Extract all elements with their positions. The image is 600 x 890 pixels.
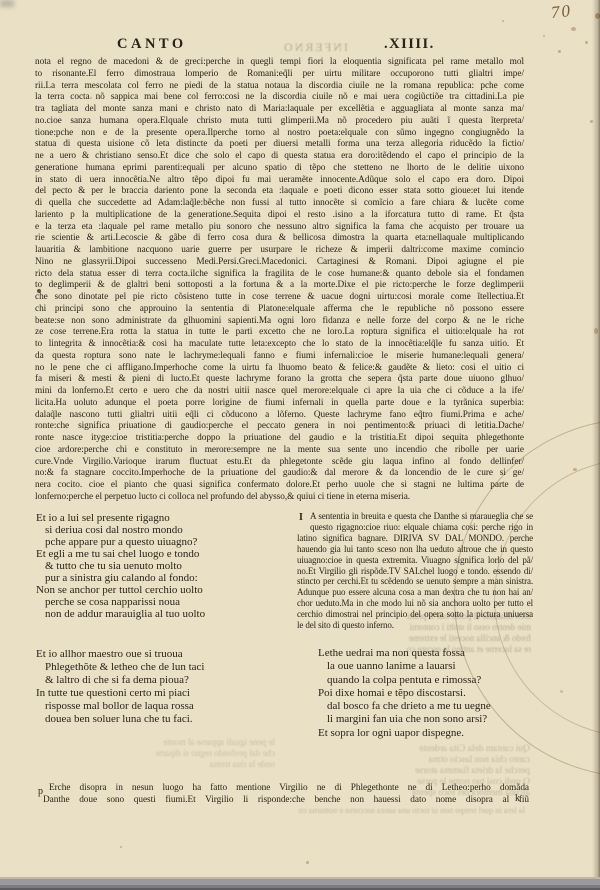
commentary-line: to risonante.El ferro dimostraua lomperi… <box>35 69 524 81</box>
commentary-line: rii.La terra mescolata col ferro ne pied… <box>35 81 524 93</box>
handwritten-folio-number: 70 <box>550 1 573 23</box>
running-title-number: .XIIII. <box>384 36 435 53</box>
commentary-line: chi principi sono che approuino la sente… <box>35 304 524 316</box>
verse-tercets-left-2: Et io allhor maestro oue si truouaPhlege… <box>36 648 294 726</box>
commentary-line: to lintegrita & innocẽtia:& cosi ha macu… <box>35 339 524 351</box>
verse-line: Et sopra lor ogni uapor dispegne. <box>318 727 533 740</box>
commentary-line: mini da lonferno.Et certo e uero che da … <box>35 386 524 398</box>
verse-line: Poi dixe homai e tẽpo discostarsi. <box>318 687 533 700</box>
commentary-line: tra tagliata del monte sanza mani e chri… <box>35 104 524 116</box>
commentary-line: ronte nasce ityge:cioe tristitia:perche … <box>35 433 524 445</box>
foxing-spot <box>502 20 504 22</box>
commentary-last-line: le del sito di questo inferno. <box>297 620 533 631</box>
verse-tercets-left-1: Et io a lui sel presente rigagnosi deriu… <box>36 512 294 620</box>
foxing-spot <box>543 35 545 37</box>
verse-line: risposse mal bollor de laqua rossa <box>36 700 294 713</box>
commentary-line: che sono dinotate pel pie ricto cõsisten… <box>35 292 524 304</box>
foxing-spot <box>120 846 122 848</box>
commentary-paragraph: nota el regno de macedoni & de greci:per… <box>35 57 524 492</box>
verse-line: la oue uanno lanime a lauarsi <box>318 660 533 673</box>
signature-mark: k <box>515 793 520 804</box>
commentary-line: no:& fa stagnare coccito.Imperhoche de l… <box>35 468 524 480</box>
commentary-line: in stato di uera innocẽtia.Ne altro tẽpo… <box>35 175 524 187</box>
verse-line: Et egli a me tu sai chel luogo e tondo <box>36 548 294 560</box>
commentary-line: nota el regno de macedoni & de greci:per… <box>35 57 524 69</box>
show-through-text: le pene iguali apparse al monte che dal … <box>60 737 275 770</box>
verse-line: li margini fan uia che non sono arsi? <box>318 713 533 726</box>
foxing-spot <box>90 97 92 99</box>
commentary-line: da questa roptura sono nate le lachryme:… <box>35 351 524 363</box>
verse-line: & tutto che tu sia uenuto molto <box>36 560 294 572</box>
commentary-line: no.cioe sanza humana opera.Elquale chris… <box>35 116 524 128</box>
commentary-line: la terra cocta nõ sappica mai bene col f… <box>35 92 524 104</box>
commentary-line: A sententia in breuita e questa che Dant… <box>297 511 533 522</box>
commentary-line: e la terza eta :laquale pel rame metallo… <box>35 222 524 234</box>
commentary-line: cioe ardore:perche chi e constituto in m… <box>35 445 524 457</box>
commentary-last-line: lonferno:perche el perpetuo lucto ci col… <box>35 492 524 504</box>
verse-line: Lethe uedrai ma non questa fossa <box>318 647 533 660</box>
commentary-line: licita.Ha uoluto adunque el poeta porre … <box>35 398 524 410</box>
commentary-line: tione:pche non e de la presente opera.Il… <box>35 128 524 140</box>
verse-line: quando la colpa pentuta e rimossa? <box>318 674 533 687</box>
commentary-line: stincto per cerchi.Et tu scẽdendo se uen… <box>297 576 533 587</box>
verse-tercets-right: Lethe uedrai ma non questa fossala oue u… <box>318 647 533 740</box>
commentary-line: cure.Vnde Virgilio.Varioque irarum fluct… <box>35 457 524 469</box>
verse-line: pur a sinistra giu calando al fondo: <box>36 572 294 584</box>
verse-line: perche se cosa napparissi noua <box>36 596 294 608</box>
foxing-spot <box>585 41 588 44</box>
verse-line: Et io a lui sel presente rigagno <box>36 512 294 524</box>
commentary-line: nera cocito. cioe el pianto che quasi si… <box>35 480 524 492</box>
commentary-line: generatione humana eprimi parenti:equali… <box>35 163 524 175</box>
foxing-spot <box>573 468 577 471</box>
show-through-text: la lera in quel tempo non ui tocto una s… <box>245 805 525 815</box>
commentary-line: cerchio dimostrai nel principio del oper… <box>297 609 533 620</box>
verse-line: douea ben soluer luna che tu faci. <box>36 713 294 726</box>
book-page: INFERNO loco dilatasse el ponte oue li p… <box>0 0 600 877</box>
commentary-line: beate:se non sono administrate da glhuom… <box>35 316 524 328</box>
note-line: Erche disopra in nesun luogo ha fatto me… <box>36 783 529 795</box>
commentary-line: to deglimperii & de glaltri beni sottopo… <box>35 280 524 292</box>
foxing-spot <box>306 861 309 864</box>
commentary-line: statua di questa uisione cõ leta distinc… <box>35 139 524 151</box>
foxing-spot <box>521 57 523 59</box>
bottom-note-paragraph: Erche disopra in nesun luogo ha fatto me… <box>36 783 529 807</box>
foxing-spot <box>571 27 576 31</box>
verse-line: si deriua cosi dal nostro mondo <box>36 524 294 536</box>
scan-smudge <box>0 0 14 7</box>
commentary-line: Adunque puo essere alcuna cosa a man dex… <box>297 587 533 598</box>
book-fore-edge <box>0 877 600 890</box>
show-through-text: INFERNO <box>226 40 348 55</box>
foxing-spot <box>558 50 561 53</box>
commentary-line: chor ueduto.Ma in che modo lui nõ sia an… <box>297 598 533 609</box>
commentary-line: no.Et Virgilio gli rispõde.TV SAI.chel l… <box>297 566 533 577</box>
commentary-line: dalaq̃le nascono tutti glialtri uitii eq… <box>35 410 524 422</box>
verse-line: pche appare pur a questo uiuagno? <box>36 536 294 548</box>
commentary-line: ne a uero & christiano senso.Et dice che… <box>35 151 524 163</box>
verse-line: Non se anchor per tuttol cerchio uolto <box>36 584 294 596</box>
commentary-line: latino significa bagnare. DIRIVA SV DAL … <box>297 533 533 544</box>
commentary-line: lauaritia & lambitione nacquono uarie gu… <box>35 245 524 257</box>
commentary-column-right: A sententia in breuita e questa che Dant… <box>297 511 533 620</box>
commentary-line: del pecto & per le braccia dariento pone… <box>35 186 524 198</box>
commentary-line: di quella che succedette ad Adam:laq̃le:… <box>35 198 524 210</box>
ink-spot <box>37 289 41 293</box>
commentary-line: uiuagno:cioe in questa extremita. Viuagn… <box>297 555 533 566</box>
commentary-line: ze cose terrene.Era rotta la statua in t… <box>35 327 524 339</box>
verse-line: Et io allhor maestro oue si truoua <box>36 648 294 661</box>
page-edge-shadow <box>592 0 600 877</box>
verse-line: & laltro di che si fa dema pioua? <box>36 674 294 687</box>
running-title-canto: CANTO <box>117 36 187 53</box>
foxing-spot <box>560 690 563 693</box>
commentary-line: lariento p la multiplicatione de la gene… <box>35 210 524 222</box>
commentary-line: questo rigagno:cioe riuo: elquale chiama… <box>297 522 533 533</box>
commentary-line: ricto dela statua esser di terra cocta.i… <box>35 269 524 281</box>
commentary-line: Nino ne glassyrii.Dipoi successeno Medi.… <box>35 257 524 269</box>
note-line: Danthe doue sono questi fiumi.Et Virgili… <box>36 795 529 807</box>
verse-line: In tutte tue questioni certo mi piaci <box>36 687 294 700</box>
verse-line: dal bosco fa che drieto a me tu uegne <box>318 700 533 713</box>
verse-line: non de addur marauiglia al tuo uolto <box>36 608 294 620</box>
commentary-line: ronte:che significa priuatione di gaudio… <box>35 421 524 433</box>
commentary-line: no le pene che ci affligano.Imperhoche c… <box>35 363 524 375</box>
verse-line: Phlegethõte & letheo che de lun taci <box>36 661 294 674</box>
commentary-line: hauendo gia lui tanto sceso non lha uedu… <box>297 544 533 555</box>
commentary-line: fa miseri & mesti & pieni di lucto.Et qu… <box>35 374 524 386</box>
commentary-line: rie scientie & arti.Lecoscie & gãbe di f… <box>35 233 524 245</box>
foxing-spot <box>434 220 436 222</box>
